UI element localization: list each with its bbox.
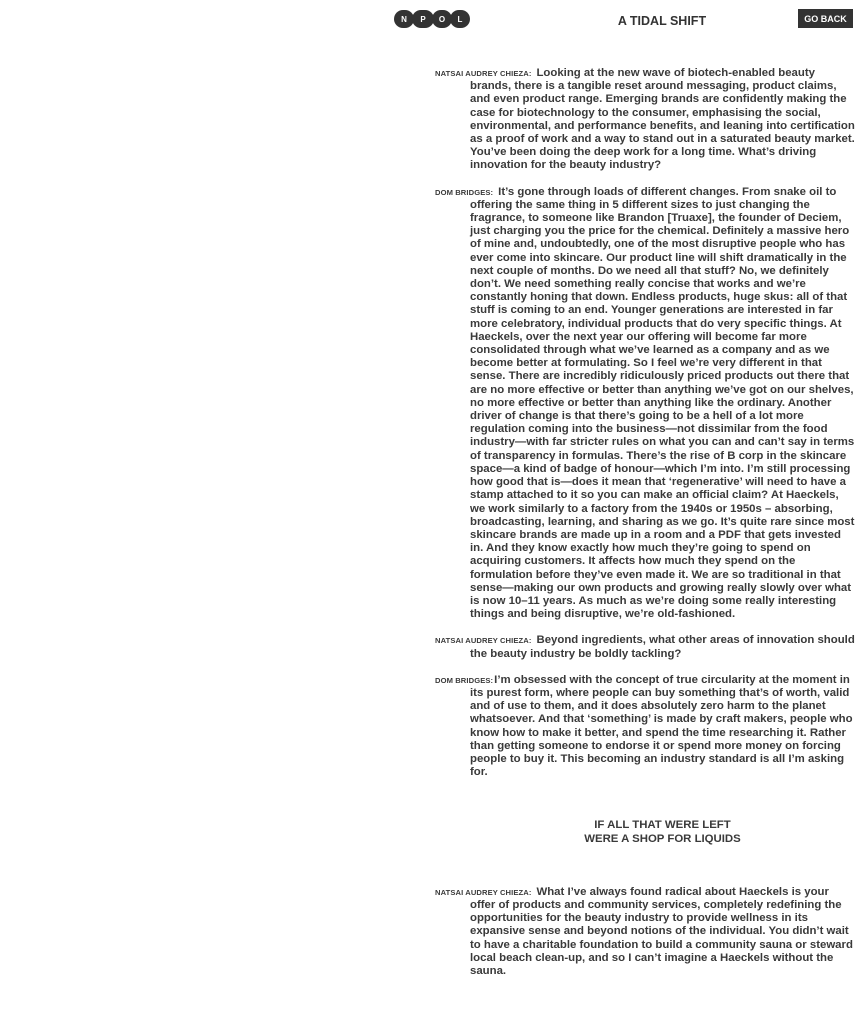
- logo-letter: P: [412, 10, 434, 28]
- interview-paragraph: NATSAI AUDREY CHIEZA:Beyond ingredients,…: [435, 634, 855, 660]
- article-body: NATSAI AUDREY CHIEZA:Looking at the new …: [435, 67, 855, 991]
- speaker-label: DOM BRIDGES:: [435, 188, 493, 197]
- section-heading-line: IF ALL THAT WERE LEFT: [435, 819, 855, 832]
- logo-letter: O: [432, 10, 452, 28]
- speaker-label: NATSAI AUDREY CHIEZA:: [435, 69, 531, 78]
- go-back-button[interactable]: GO BACK: [798, 9, 853, 28]
- interview-paragraph: DOM BRIDGES:I’m obsessed with the concep…: [435, 674, 855, 780]
- interview-paragraph: NATSAI AUDREY CHIEZA:What I’ve always fo…: [435, 886, 855, 978]
- paragraph-text: It’s gone through loads of different cha…: [470, 186, 854, 621]
- paragraph-text: I’m obsessed with the concept of true ci…: [470, 674, 853, 778]
- header: N P O L A TIDAL SHIFT GO BACK: [0, 0, 864, 40]
- interview-paragraph: DOM BRIDGES:It’s gone through loads of d…: [435, 186, 855, 622]
- section-heading-line: WERE A SHOP FOR LIQUIDS: [435, 833, 855, 846]
- logo-letter: L: [450, 10, 470, 28]
- paragraph-text: What I’ve always found radical about Hae…: [470, 886, 853, 977]
- npol-logo[interactable]: N P O L: [394, 10, 468, 28]
- speaker-label: NATSAI AUDREY CHIEZA:: [435, 888, 531, 897]
- section-heading: IF ALL THAT WERE LEFT WERE A SHOP FOR LI…: [435, 819, 855, 845]
- page-title: A TIDAL SHIFT: [560, 14, 764, 28]
- speaker-label: DOM BRIDGES:: [435, 676, 493, 685]
- paragraph-text: Looking at the new wave of biotech-enabl…: [470, 67, 855, 171]
- speaker-label: NATSAI AUDREY CHIEZA:: [435, 636, 531, 645]
- interview-paragraph: NATSAI AUDREY CHIEZA:Looking at the new …: [435, 67, 855, 173]
- logo-letter: N: [394, 10, 414, 28]
